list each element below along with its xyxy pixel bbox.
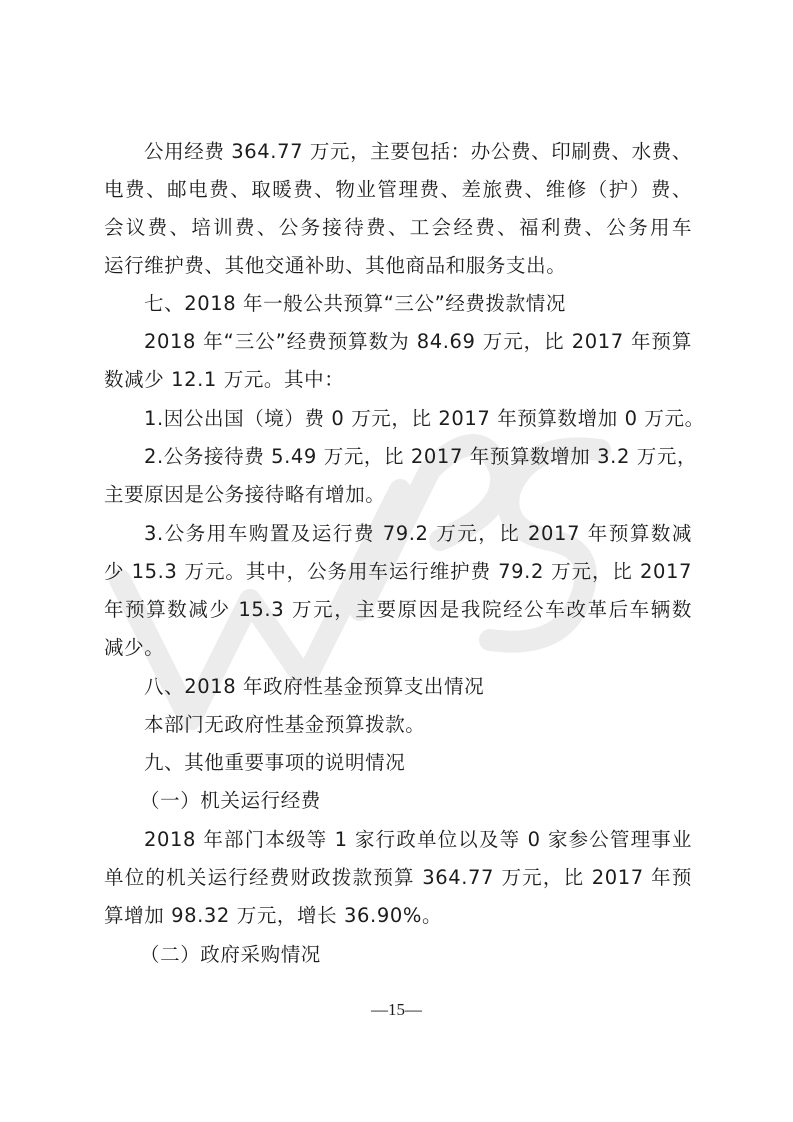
- subsection-heading-2: （二）政府采购情况: [140, 943, 321, 967]
- paragraph-line: 单位的机关运行经费财政拨款预算 364.77 万元，比 2017 年预: [104, 866, 692, 890]
- list-item-1: 1.因公出国（境）费 0 万元，比 2017 年预算数增加 0 万元。: [144, 407, 692, 431]
- paragraph-line: 运行维护费、其他交通补助、其他商品和服务支出。: [104, 254, 566, 278]
- list-item-3: 3.公务用车购置及运行费 79.2 万元，比 2017 年预算数减: [144, 522, 692, 546]
- paragraph-line: 电费、邮电费、取暖费、物业管理费、差旅费、维修（护）费、: [104, 178, 692, 202]
- paragraph-line: 会议费、培训费、公务接待费、工会经费、福利费、公务用车: [104, 216, 692, 240]
- document-page: 公用经费 364.77 万元，主要包括：办公费、印刷费、水费、 电费、邮电费、取…: [0, 0, 793, 1122]
- paragraph-line: 减少。: [104, 636, 164, 660]
- paragraph-line: 少 15.3 万元。其中，公务用车运行维护费 79.2 万元，比 2017: [104, 560, 692, 584]
- paragraph-line: 年预算数减少 15.3 万元，主要原因是我院经公车改革后车辆数: [104, 598, 692, 622]
- paragraph-line: 2018 年部门本级等 1 家行政单位以及等 0 家参公管理事业: [144, 828, 692, 852]
- subsection-heading-1: （一）机关运行经费: [140, 789, 321, 813]
- paragraph-line: 公用经费 364.77 万元，主要包括：办公费、印刷费、水费、: [144, 140, 692, 164]
- section-heading-nine: 九、其他重要事项的说明情况: [144, 751, 405, 775]
- paragraph-line: 本部门无政府性基金预算拨款。: [144, 713, 425, 737]
- list-item-2: 2.公务接待费 5.49 万元，比 2017 年预算数增加 3.2 万元，: [144, 445, 692, 469]
- page-number: —15—: [0, 1000, 793, 1020]
- paragraph-line: 主要原因是公务接待略有增加。: [104, 483, 385, 507]
- paragraph-line: 数减少 12.1 万元。其中：: [104, 368, 344, 392]
- section-heading-eight: 八、2018 年政府性基金预算支出情况: [144, 675, 484, 699]
- paragraph-line: 2018 年“三公”经费预算数为 84.69 万元，比 2017 年预算: [144, 330, 692, 354]
- section-heading-seven: 七、2018 年一般公共预算“三公”经费拨款情况: [144, 292, 566, 316]
- paragraph-line: 算增加 98.32 万元，增长 36.90%。: [104, 904, 442, 928]
